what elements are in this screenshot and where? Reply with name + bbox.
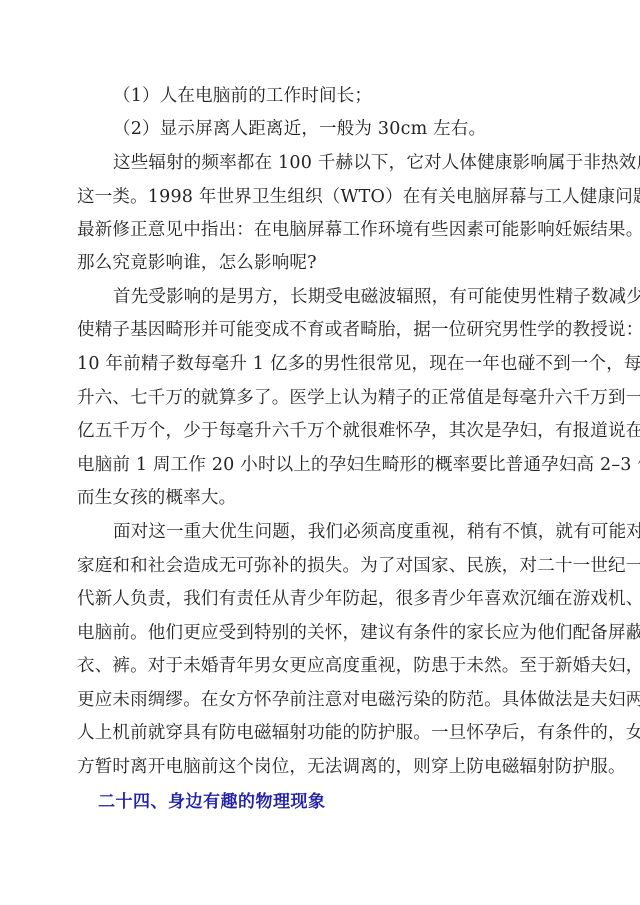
paragraph-line: 衣、裤。对于未婚青年男女更应高度重视，防患于未然。至于新婚夫妇， xyxy=(77,655,567,677)
paragraph-line: 面对这一重大优生问题，我们必须高度重视，稍有不慎，就有可能对 xyxy=(113,521,567,543)
paragraph-line: 更应未雨绸缪。在女方怀孕前注意对电磁污染的防范。具体做法是夫妇两 xyxy=(77,689,567,711)
paragraph-line: 这一类。1998 年世界卫生组织（WTO）在有关电脑屏幕与工人健康问题的 xyxy=(77,186,567,208)
paragraph-line: 10 年前精子数每毫升 1 亿多的男性很常见，现在一年也碰不到一个，每毫 xyxy=(77,353,567,375)
paragraph-line: 亿五千万个，少于每毫升六千万个就很难怀孕，其次是孕妇，有报道说在 xyxy=(77,420,567,442)
section-heading: 二十四、身边有趣的物理现象 xyxy=(98,787,326,812)
paragraph-line: 最新修正意见中指出：在电脑屏幕工作环境有些因素可能影响妊娠结果。 xyxy=(77,219,567,241)
list-item-2: （2）显示屏离人距离近，一般为 30cm 左右。 xyxy=(113,118,567,140)
paragraph-line: 家庭和和社会造成无可弥补的损失。为了对国家、民族，对二十一世纪一 xyxy=(77,555,567,577)
paragraph-line: 人上机前就穿具有防电磁辐射功能的防护服。一旦怀孕后，有条件的，女 xyxy=(77,722,567,744)
paragraph-line: 使精子基因畸形并可能变成不育或者畸胎，据一位研究男性学的教授说： xyxy=(77,319,567,341)
paragraph-line: 电脑前 1 周工作 20 小时以上的孕妇生畸形的概率要比普通孕妇高 2–3 倍， xyxy=(77,454,567,476)
paragraph-line: 电脑前。他们更应受到特别的关怀，建议有条件的家长应为他们配备屏蔽 xyxy=(77,622,567,644)
paragraph-line: 方暂时离开电脑前这个岗位，无法调离的，则穿上防电磁辐射防护服。 xyxy=(77,756,567,778)
paragraph-line: 这些辐射的频率都在 100 千赫以下，它对人体健康影响属于非热效应 xyxy=(113,152,567,174)
paragraph-line: 升六、七千万的就算多了。医学上认为精子的正常值是每毫升六千万到一 xyxy=(77,387,567,409)
document-page: （1）人在电脑前的工作时间长； （2）显示屏离人距离近，一般为 30cm 左右。… xyxy=(0,0,640,905)
paragraph-line: 首先受影响的是男方，长期受电磁波辐照，有可能使男性精子数减少， xyxy=(113,286,567,308)
paragraph-line: 代新人负责，我们有责任从青少年防起，很多青少年喜欢沉缅在游戏机、 xyxy=(77,588,567,610)
paragraph-line: 而生女孩的概率大。 xyxy=(77,487,567,509)
list-item-1: （1）人在电脑前的工作时间长； xyxy=(113,85,567,107)
paragraph-line: 那么究竟影响谁，怎么影响呢? xyxy=(77,252,567,274)
